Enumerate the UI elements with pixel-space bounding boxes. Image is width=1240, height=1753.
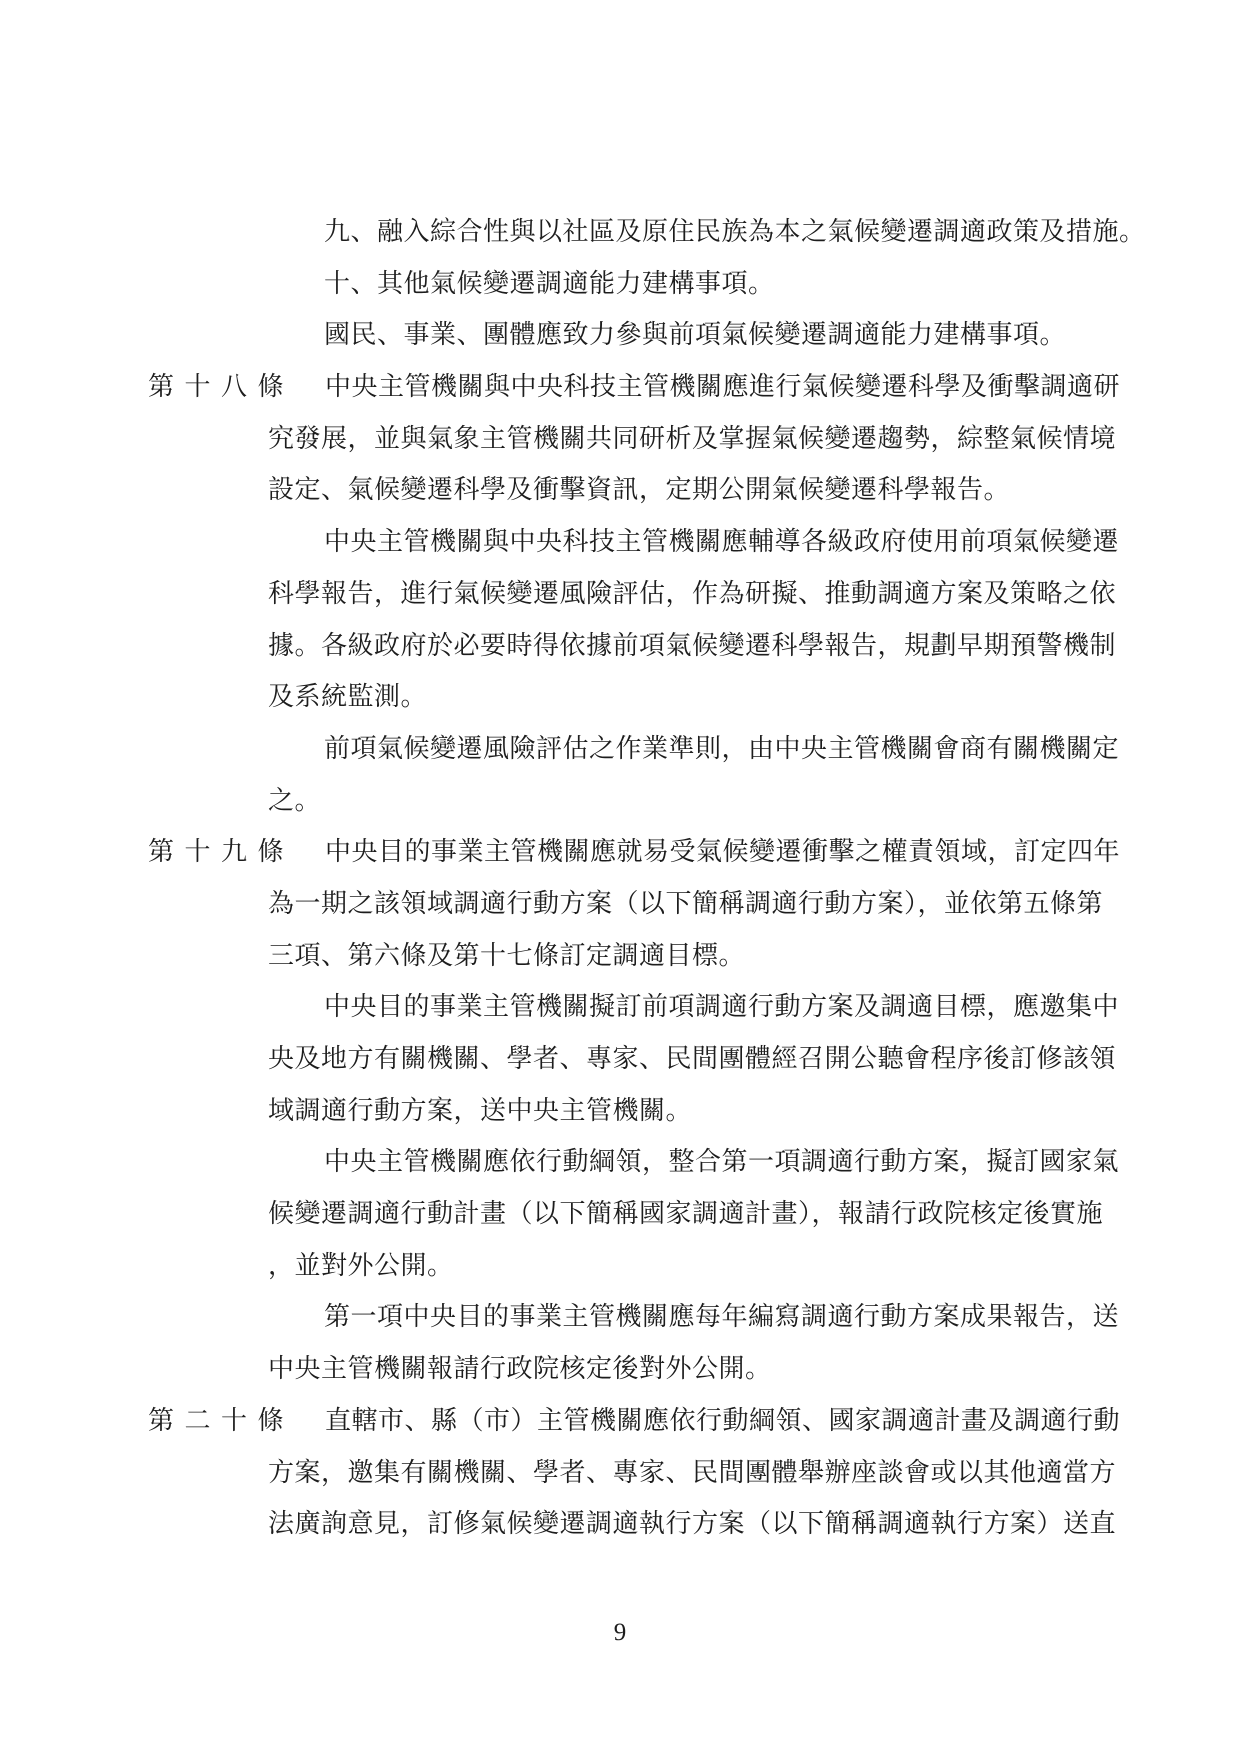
legal-text-block: 九、融入綜合性與以社區及原住民族為本之氣候變遷調適政策及措施。 十、其他氣候變遷… bbox=[0, 206, 1240, 1550]
text-line: 方案，邀集有關機關、學者、專家、民間團體舉辦座談會或以其他適當方 bbox=[0, 1447, 1240, 1499]
paragraph-line: 中央主管機關應依行動綱領，整合第一項調適行動方案，擬訂國家氣 bbox=[0, 1136, 1240, 1188]
text-line: 法廣詢意見，訂修氣候變遷調適執行方案（以下簡稱調適執行方案）送直 bbox=[0, 1498, 1240, 1550]
article-20-heading-line: 第 二 十 條直轄市、縣（市）主管機關應依行動綱領、國家調適計畫及調適行動 bbox=[0, 1395, 1240, 1447]
text-line: 之。 bbox=[0, 775, 1240, 827]
article-18-number: 第 十 八 條 bbox=[148, 361, 325, 413]
article-18-text: 中央主管機關與中央科技主管機關應進行氣候變遷科學及衝擊調適研 bbox=[325, 372, 1120, 401]
text-line: 中央主管機關報請行政院核定後對外公開。 bbox=[0, 1343, 1240, 1395]
article-19-text: 中央目的事業主管機關應就易受氣候變遷衝擊之權責領域，訂定四年 bbox=[325, 837, 1120, 866]
text-line: ，並對外公開。 bbox=[0, 1240, 1240, 1292]
text-line: 科學報告，進行氣候變遷風險評估，作為研擬、推動調適方案及策略之依 bbox=[0, 568, 1240, 620]
article-19-heading-line: 第 十 九 條中央目的事業主管機關應就易受氣候變遷衝擊之權責領域，訂定四年 bbox=[0, 826, 1240, 878]
text-line: 三項、第六條及第十七條訂定調適目標。 bbox=[0, 930, 1240, 982]
text-line: 據。各級政府於必要時得依據前項氣候變遷科學報告，規劃早期預警機制 bbox=[0, 620, 1240, 672]
document-page: 九、融入綜合性與以社區及原住民族為本之氣候變遷調適政策及措施。 十、其他氣候變遷… bbox=[0, 0, 1240, 1753]
page-number: 9 bbox=[0, 1616, 1240, 1650]
article-20-text: 直轄市、縣（市）主管機關應依行動綱領、國家調適計畫及調適行動 bbox=[325, 1406, 1120, 1435]
article-19-number: 第 十 九 條 bbox=[148, 826, 325, 878]
list-item-nine: 九、融入綜合性與以社區及原住民族為本之氣候變遷調適政策及措施。 bbox=[0, 206, 1240, 258]
text-line: 域調適行動方案，送中央主管機關。 bbox=[0, 1085, 1240, 1137]
paragraph-line: 中央主管機關與中央科技主管機關應輔導各級政府使用前項氣候變遷 bbox=[0, 516, 1240, 568]
text-line: 為一期之該領域調適行動方案（以下簡稱調適行動方案），並依第五條第 bbox=[0, 878, 1240, 930]
list-item-ten: 十、其他氣候變遷調適能力建構事項。 bbox=[0, 258, 1240, 310]
text-line: 究發展，並與氣象主管機關共同研析及掌握氣候變遷趨勢，綜整氣候情境 bbox=[0, 413, 1240, 465]
article-18-heading-line: 第 十 八 條中央主管機關與中央科技主管機關應進行氣候變遷科學及衝擊調適研 bbox=[0, 361, 1240, 413]
text-line: 候變遷調適行動計畫（以下簡稱國家調適計畫），報請行政院核定後實施 bbox=[0, 1188, 1240, 1240]
paragraph-line: 國民、事業、團體應致力參與前項氣候變遷調適能力建構事項。 bbox=[0, 309, 1240, 361]
article-20-number: 第 二 十 條 bbox=[148, 1395, 325, 1447]
text-line: 設定、氣候變遷科學及衝擊資訊，定期公開氣候變遷科學報告。 bbox=[0, 464, 1240, 516]
paragraph-line: 中央目的事業主管機關擬訂前項調適行動方案及調適目標，應邀集中 bbox=[0, 981, 1240, 1033]
text-line: 及系統監測。 bbox=[0, 671, 1240, 723]
text-line: 央及地方有關機關、學者、專家、民間團體經召開公聽會程序後訂修該領 bbox=[0, 1033, 1240, 1085]
paragraph-line: 第一項中央目的事業主管機關應每年編寫調適行動方案成果報告，送 bbox=[0, 1291, 1240, 1343]
paragraph-line: 前項氣候變遷風險評估之作業準則，由中央主管機關會商有關機關定 bbox=[0, 723, 1240, 775]
